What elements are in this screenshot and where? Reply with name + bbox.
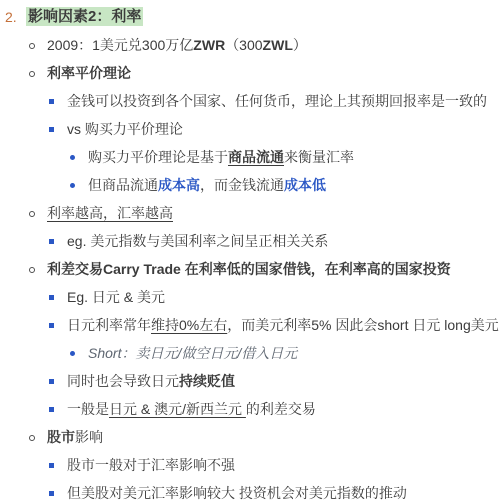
list-item: 利差交易Carry Trade 在利率低的国家借钱，在利率高的国家投资 (0, 260, 500, 279)
text-segment: 利率越高，汇率越高 (47, 205, 173, 221)
list-item: 购买力平价理论是基于商品流通来衡量汇率 (0, 148, 500, 167)
text-segment: 一般是 (67, 401, 109, 417)
text-segment: （300 (225, 37, 262, 53)
bullet (49, 232, 67, 251)
text-segment: 商品流通 (228, 149, 284, 165)
text-segment: 利率平价理论 (47, 65, 131, 81)
text-segment: 影响 (75, 429, 103, 445)
text-segment: ZWL (263, 37, 293, 53)
circle-bullet-icon (29, 211, 35, 217)
text-segment: ，而美元利率5% 因此会short 日元 long美元 (227, 317, 499, 333)
list-item: 2009：1美元兑300万亿ZWR（300ZWL） (0, 36, 500, 55)
text-segment: ） (293, 37, 307, 53)
text-segment: 但商品流通 (88, 177, 158, 193)
line-text: 利差交易Carry Trade 在利率低的国家借钱，在利率高的国家投资 (47, 260, 451, 279)
text-segment: ZWR (193, 37, 225, 53)
text-segment: vs 购买力平价理论 (67, 121, 183, 137)
dot-bullet-icon (70, 155, 75, 160)
list-item: eg. 美元指数与美国利率之间呈正相关关系 (0, 232, 500, 251)
line-text: 利率越高，汇率越高 (47, 204, 173, 223)
text-segment: 的利差交易 (246, 401, 316, 417)
list-item: 利率越高，汇率越高 (0, 204, 500, 223)
square-bullet-icon (49, 491, 54, 496)
line-text: vs 购买力平价理论 (67, 120, 183, 139)
list-item: 但商品流通成本高，而金钱流通成本低 (0, 176, 500, 195)
text-segment: ，而金钱流通 (200, 177, 284, 193)
dot-bullet-icon (70, 351, 75, 356)
document-body: 2.影响因素2：利率2009：1美元兑300万亿ZWR（300ZWL）利率平价理… (0, 6, 500, 503)
line-text: 但商品流通成本高，而金钱流通成本低 (88, 176, 326, 195)
text-segment: 利差交易Carry Trade 在利率低的国家借钱，在利率高的国家投资 (47, 261, 451, 277)
circle-bullet-icon (29, 267, 35, 273)
bullet (29, 36, 47, 55)
list-item: 利率平价理论 (0, 64, 500, 83)
list-item: Short：卖日元/做空日元/借入日元 (0, 344, 500, 363)
text-segment: 股市 (47, 429, 75, 445)
bullet (49, 92, 67, 111)
list-item: 但美股对美元汇率影响较大 投资机会对美元指数的推动 (0, 484, 500, 503)
circle-bullet-icon (29, 71, 35, 77)
circle-bullet-icon (29, 43, 35, 49)
square-bullet-icon (49, 239, 54, 244)
text-segment: Short：卖日元/做空日元/借入日元 (88, 345, 297, 361)
text-segment: 维持0%左右 (151, 317, 227, 333)
line-text: 同时也会导致日元持续贬值 (67, 372, 235, 391)
text-segment: 日元利率常年 (67, 317, 151, 333)
circle-bullet-icon (29, 435, 35, 441)
list-item: 股市一般对于汇率影响不强 (0, 456, 500, 475)
list-number: 2. (5, 6, 26, 28)
text-segment: 但美股对美元汇率影响较大 投资机会对美元指数的推动 (67, 485, 407, 501)
square-bullet-icon (49, 463, 54, 468)
line-text: 金钱可以投资到各个国家、任何货币，理论上其预期回报率是一致的 (67, 92, 487, 111)
line-text: 股市一般对于汇率影响不强 (67, 456, 235, 475)
square-bullet-icon (49, 127, 54, 132)
list-item: vs 购买力平价理论 (0, 120, 500, 139)
square-bullet-icon (49, 99, 54, 104)
line-text: 一般是日元 & 澳元/新西兰元 的利差交易 (67, 400, 316, 419)
line-text: 利率平价理论 (47, 64, 131, 83)
square-bullet-icon (49, 295, 54, 300)
text-segment: 持续贬值 (179, 373, 235, 389)
bullet (49, 372, 67, 391)
text-segment: 来衡量汇率 (284, 149, 354, 165)
bullet (29, 428, 47, 447)
heading-line: 2.影响因素2：利率 (0, 6, 500, 28)
text-segment: 成本高 (158, 177, 200, 193)
list-item: 一般是日元 & 澳元/新西兰元 的利差交易 (0, 400, 500, 419)
line-text: Eg. 日元 & 美元 (67, 288, 165, 307)
dot-bullet-icon (70, 183, 75, 188)
note-page: 2.影响因素2：利率2009：1美元兑300万亿ZWR（300ZWL）利率平价理… (0, 0, 500, 503)
text-segment: 股市一般对于汇率影响不强 (67, 457, 235, 473)
line-text: Short：卖日元/做空日元/借入日元 (88, 344, 297, 363)
line-text: eg. 美元指数与美国利率之间呈正相关关系 (67, 232, 328, 251)
list-item: 同时也会导致日元持续贬值 (0, 372, 500, 391)
bullet (70, 148, 88, 167)
square-bullet-icon (49, 407, 54, 412)
text-segment: eg. 美元指数与美国利率之间呈正相关关系 (67, 233, 328, 249)
line-text: 影响因素2：利率 (26, 6, 143, 28)
bullet (49, 484, 67, 503)
text-segment: 金钱可以投资到各个国家、任何货币，理论上其预期回报率是一致的 (67, 93, 487, 109)
list-item: 金钱可以投资到各个国家、任何货币，理论上其预期回报率是一致的 (0, 92, 500, 111)
bullet (29, 204, 47, 223)
text-segment: 成本低 (284, 177, 326, 193)
bullet (70, 344, 88, 363)
line-text: 股市影响 (47, 428, 103, 447)
line-text: 2009：1美元兑300万亿ZWR（300ZWL） (47, 36, 307, 55)
bullet (49, 288, 67, 307)
line-text: 但美股对美元汇率影响较大 投资机会对美元指数的推动 (67, 484, 407, 503)
bullet (49, 456, 67, 475)
line-text: 购买力平价理论是基于商品流通来衡量汇率 (88, 148, 354, 167)
bullet (49, 400, 67, 419)
square-bullet-icon (49, 379, 54, 384)
list-item: 股市影响 (0, 428, 500, 447)
text-segment: Eg. 日元 & 美元 (67, 289, 165, 305)
text-segment: 日元 & 澳元/新西兰元 (109, 401, 246, 417)
list-item: Eg. 日元 & 美元 (0, 288, 500, 307)
bullet (49, 316, 67, 335)
text-segment: 购买力平价理论是基于 (88, 149, 228, 165)
list-item: 日元利率常年维持0%左右，而美元利率5% 因此会short 日元 long美元 (0, 316, 500, 335)
bullet (70, 176, 88, 195)
bullet (49, 120, 67, 139)
bullet (29, 64, 47, 83)
text-segment: 影响因素2：利率 (26, 7, 143, 26)
square-bullet-icon (49, 323, 54, 328)
text-segment: 2009：1美元兑300万亿 (47, 37, 193, 53)
line-text: 日元利率常年维持0%左右，而美元利率5% 因此会short 日元 long美元 (67, 316, 499, 335)
bullet (29, 260, 47, 279)
text-segment: 同时也会导致日元 (67, 373, 179, 389)
